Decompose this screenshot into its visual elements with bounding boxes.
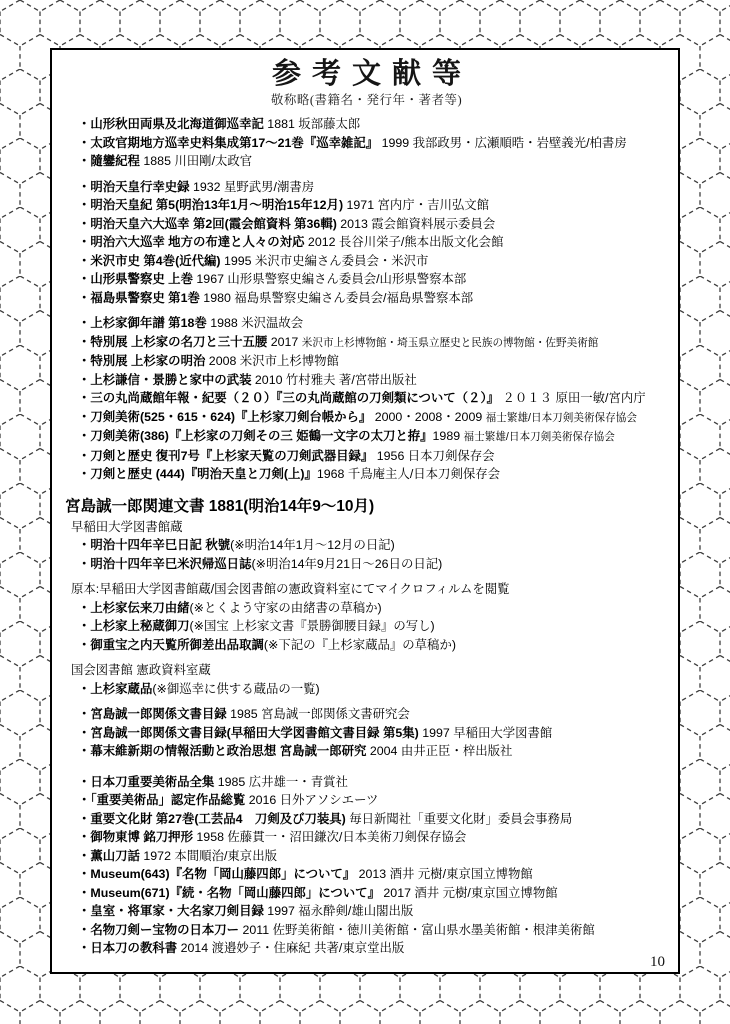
bib-entry: ・刀剣美術(525・615・624)『上杉家刀剣台帳から』 2000・2008・… xyxy=(78,408,668,428)
page-number: 10 xyxy=(650,953,665,971)
entry-detail: 1885 川田剛/太政官 xyxy=(140,154,252,168)
entry-detail: (※とくよう守家の由緒書の草稿か) xyxy=(190,601,382,615)
entry-title: ・三の丸尚蔵館年報・紀要（２０）『三の丸尚蔵館の刀剣類について（２）』 xyxy=(78,391,499,405)
entry-title: ・山形秋田両県及北海道御巡幸記 xyxy=(78,117,264,131)
entry-title: ・上杉謙信・景勝と家中の武装 xyxy=(78,373,251,387)
entry-detail-small: 福士繁雄/日本刀剣美術保存協会 xyxy=(486,412,637,424)
bib-entry: ・御物東博 銘刀押形 1958 佐藤貫一・沼田鎌次/日本美術刀剣保存協会 xyxy=(78,828,668,847)
entry-detail: 1932 星野武男/潮書房 xyxy=(190,180,315,194)
entry-title: ・米沢市史 第4巻(近代編) xyxy=(78,254,221,268)
bib-entry: ・幕末維新期の情報活動と政治思想 宮島誠一郎研究 2004 由井正臣・梓出版社 xyxy=(78,742,668,761)
bib-entry: ・日本刀の教科書 2014 渡邉妙子・住麻紀 共著/東京堂出版 xyxy=(78,939,668,958)
entry-detail: 国会図書館 憲政資料室蔵 xyxy=(71,663,211,677)
entry-detail: 2011 佐野美術館・徳川美術館・富山県水墨美術館・根津美術館 xyxy=(239,923,595,937)
entry-title: ・刀剣と歴史 復刊7号『上杉家天覧の刀剣武器目録』 xyxy=(78,449,373,463)
entry-title: ・山形県警察史 上巻 xyxy=(78,272,193,286)
entry-detail: 1997 早稲田大学図書館 xyxy=(419,726,553,740)
entry-detail: ２０１３ 原田一敏/宮内庁 xyxy=(499,391,646,405)
entry-detail: 原本:早稲田大学図書館蔵/国会図書館の憲政資料室にてマイクロフィルムを閲覧 xyxy=(71,582,510,596)
entry-detail: 1985 広井雄一・青賞社 xyxy=(214,775,348,789)
entry-title: ・上杉家伝来刀由緒 xyxy=(78,601,190,615)
entry-title: ・上杉家蔵品 xyxy=(78,682,152,696)
entry-detail: 2008 米沢市上杉博物館 xyxy=(205,354,339,368)
entry-detail: 1971 宮内庁・吉川弘文館 xyxy=(343,198,489,212)
section-subheader: 原本:早稲田大学図書館蔵/国会図書館の憲政資料室にてマイクロフィルムを閲覧 xyxy=(71,580,668,599)
bib-group: 宮島誠一郎関連文書 1881(明治14年9～10月)早稲田大学図書館蔵・明治十四… xyxy=(65,496,668,574)
bib-entry: ・特別展 上杉家の名刀と三十五腰 2017 米沢市上杉博物館・埼玉県立歴史と民族… xyxy=(78,333,668,353)
entry-detail: 2016 日外アソシエーツ xyxy=(245,793,378,807)
entry-title: ・明治天皇紀 第5(明治13年1月～明治15年12月) xyxy=(78,198,343,212)
doc-subtitle: 敬称略(書籍名・発行年・著者等) xyxy=(65,92,668,108)
bib-entry: ・明治天皇六大巡幸 第2回(霞会館資料 第36輯) 2013 霞会館資料展示委員… xyxy=(78,215,668,234)
bib-group: ・明治天皇行幸史録 1932 星野武男/潮書房・明治天皇紀 第5(明治13年1月… xyxy=(65,178,668,308)
bib-entry: ・上杉家伝来刀由緒(※とくよう守家の由緒書の草稿か) xyxy=(78,599,668,618)
bib-entry: ・重要文化財 第27巻(工芸品4 刀剣及び刀装具) 毎日新聞社「重要文化財」委員… xyxy=(78,810,668,829)
page: { "doc": { "title": "参考文献等", "subtitle":… xyxy=(0,0,730,1024)
entry-title: ・宮島誠一郎関係文書目録 xyxy=(78,707,227,721)
bib-entry: ・明治十四年辛巳米沢帰巡日誌(※明治14年9月21日～26日の日記) xyxy=(78,555,668,574)
bib-entry: ・刀剣と歴史 (444)『明治天皇と刀剣(上)』1968 千鳥庵主人/日本刀剣保… xyxy=(78,465,668,484)
entry-detail: 1989 xyxy=(433,429,464,443)
entry-detail: (※御巡幸に供する蔵品の一覧) xyxy=(152,682,319,696)
entry-title: ・刀剣美術(386)『上杉家の刀剣その三 姫鶴一文字の太刀と拵』 xyxy=(78,429,433,443)
entry-title: ・明治天皇行幸史録 xyxy=(78,180,190,194)
entry-detail: 早稲田大学図書館蔵 xyxy=(71,520,183,534)
entry-detail: 2010 竹村雅夫 著/宮帯出版社 xyxy=(251,373,416,387)
bib-entry: ・明治天皇紀 第5(明治13年1月～明治15年12月) 1971 宮内庁・吉川弘… xyxy=(78,196,668,215)
entry-detail: 1995 米沢市史編さん委員会・米沢市 xyxy=(221,254,429,268)
entry-detail: 1980 福島県警察史編さん委員会/福島県警察本部 xyxy=(200,291,473,305)
entry-detail: 1967 山形県警察史編さん委員会/山形県警察本部 xyxy=(193,272,466,286)
entry-detail: (※下記の『上杉家蔵品』の草稿か) xyxy=(264,638,456,652)
bib-group: ・山形秋田両県及北海道御巡幸記 1881 坂部藤太郎・太政官期地方巡幸史料集成第… xyxy=(65,115,668,171)
bib-entry: ・Museum(643)『名物「岡山藤四郎」について』 2013 酒井 元樹/東… xyxy=(78,865,668,884)
bib-group: ・日本刀重要美術品全集 1985 広井雄一・青賞社・「重要美術品」認定作品総覧 … xyxy=(65,773,668,958)
entry-title: ・「重要美術品」認定作品総覧 xyxy=(78,793,245,807)
bib-group: ・上杉家御年譜 第18巻 1988 米沢温故会・特別展 上杉家の名刀と三十五腰 … xyxy=(65,314,668,484)
entry-title: ・特別展 上杉家の名刀と三十五腰 xyxy=(78,335,267,349)
bib-entry: ・宮島誠一郎関係文書目録(早稲田大学図書館文書目録 第5集) 1997 早稲田大… xyxy=(78,724,668,743)
bib-entry: ・上杉謙信・景勝と家中の武装 2010 竹村雅夫 著/宮帯出版社 xyxy=(78,371,668,390)
entry-detail-small: 米沢市上杉博物館・埼玉県立歴史と民族の博物館・佐野美術館 xyxy=(302,337,599,349)
entry-title: ・明治十四年辛巳米沢帰巡日誌 xyxy=(78,557,251,571)
bib-group: 国会図書館 憲政資料室蔵・上杉家蔵品(※御巡幸に供する蔵品の一覧) xyxy=(65,661,668,698)
bib-entry: ・宮島誠一郎関係文書目録 1985 宮島誠一郎関係文書研究会 xyxy=(78,705,668,724)
entry-detail: 毎日新聞社「重要文化財」委員会事務局 xyxy=(346,812,572,826)
entry-detail: 2004 由井正臣・梓出版社 xyxy=(366,744,512,758)
entry-title: ・太政官期地方巡幸史料集成第17～21巻『巡幸雑記』 xyxy=(78,136,378,150)
entry-detail: 2012 長谷川栄子/熊本出版文化会館 xyxy=(304,235,503,249)
bib-entry: ・明治天皇行幸史録 1932 星野武男/潮書房 xyxy=(78,178,668,197)
entry-title: ・日本刀の教科書 xyxy=(78,941,177,955)
bib-entry: ・薫山刀話 1972 本間順治/東京出版 xyxy=(78,847,668,866)
entry-detail: 2013 酒井 元樹/東京国立博物館 xyxy=(355,867,533,881)
bib-entry: ・三の丸尚蔵館年報・紀要（２０）『三の丸尚蔵館の刀剣類について（２）』 ２０１３… xyxy=(78,389,668,408)
entry-title: ・幕末維新期の情報活動と政治思想 宮島誠一郎研究 xyxy=(78,744,366,758)
entry-title: ・福島県警察史 第1巻 xyxy=(78,291,200,305)
entry-detail: 1958 佐藤貫一・沼田鎌次/日本美術刀剣保存協会 xyxy=(193,830,466,844)
bib-entry: ・「重要美術品」認定作品総覧 2016 日外アソシエーツ xyxy=(78,791,668,810)
entry-detail: 2017 xyxy=(267,335,301,349)
doc-title: 参考文献等 xyxy=(76,56,668,92)
entry-title: ・御物東博 銘刀押形 xyxy=(78,830,193,844)
entry-title: 宮島誠一郎関連文書 1881(明治14年9～10月) xyxy=(65,498,374,515)
entry-detail: 1988 米沢温故会 xyxy=(207,316,303,330)
section-header: 宮島誠一郎関連文書 1881(明治14年9～10月) xyxy=(65,496,668,518)
entry-title: ・皇室・将軍家・大名家刀剣目録 xyxy=(78,904,264,918)
entry-title: ・名物刀剣ー宝物の日本刀ー xyxy=(78,923,239,937)
entry-detail: 1985 宮島誠一郎関係文書研究会 xyxy=(227,707,410,721)
bibliography-list: ・山形秋田両県及北海道御巡幸記 1881 坂部藤太郎・太政官期地方巡幸史料集成第… xyxy=(65,115,668,958)
section-subheader: 早稲田大学図書館蔵 xyxy=(71,518,668,537)
bib-entry: ・上杉家上秘蔵御刀(※国宝 上杉家文書『景勝御腰目録』の写し) xyxy=(78,617,668,636)
entry-detail: 1997 福永酔剣/雄山閣出版 xyxy=(264,904,413,918)
entry-title: ・重要文化財 第27巻(工芸品4 刀剣及び刀装具) xyxy=(78,812,346,826)
entry-title: ・上杉家上秘蔵御刀 xyxy=(78,619,190,633)
bib-entry: ・日本刀重要美術品全集 1985 広井雄一・青賞社 xyxy=(78,773,668,792)
bib-entry: ・福島県警察史 第1巻 1980 福島県警察史編さん委員会/福島県警察本部 xyxy=(78,289,668,308)
entry-detail: 1956 日本刀剣保存会 xyxy=(373,449,494,463)
bib-entry: ・山形秋田両県及北海道御巡幸記 1881 坂部藤太郎 xyxy=(78,115,668,134)
entry-detail: 2017 酒井 元樹/東京国立博物館 xyxy=(380,886,558,900)
entry-title: ・御重宝之内天覧所御差出品取調 xyxy=(78,638,264,652)
entry-title: ・薫山刀話 xyxy=(78,849,140,863)
bib-entry: ・上杉家蔵品(※御巡幸に供する蔵品の一覧) xyxy=(78,680,668,699)
entry-detail: 1881 坂部藤太郎 xyxy=(264,117,360,131)
bib-entry: ・特別展 上杉家の明治 2008 米沢市上杉博物館 xyxy=(78,352,668,371)
bib-entry: ・刀剣と歴史 復刊7号『上杉家天覧の刀剣武器目録』 1956 日本刀剣保存会 xyxy=(78,447,668,466)
bib-entry: ・隨鑾紀程 1885 川田剛/太政官 xyxy=(78,152,668,171)
entry-title: ・特別展 上杉家の明治 xyxy=(78,354,205,368)
bib-entry: ・御重宝之内天覧所御差出品取調(※下記の『上杉家蔵品』の草稿か) xyxy=(78,636,668,655)
bib-entry: ・名物刀剣ー宝物の日本刀ー 2011 佐野美術館・徳川美術館・富山県水墨美術館・… xyxy=(78,921,668,940)
entry-detail: (※明治14年1月～12月の日記) xyxy=(230,538,395,552)
bib-entry: ・Museum(671)『続・名物「岡山藤四郎」について』 2017 酒井 元樹… xyxy=(78,884,668,903)
bib-entry: ・明治十四年辛巳日記 秋號(※明治14年1月～12月の日記) xyxy=(78,536,668,555)
entry-detail: 2000・2008・2009 xyxy=(371,410,485,424)
bib-entry: ・米沢市史 第4巻(近代編) 1995 米沢市史編さん委員会・米沢市 xyxy=(78,252,668,271)
bib-entry: ・太政官期地方巡幸史料集成第17～21巻『巡幸雑記』 1999 我部政男・広瀬順… xyxy=(78,134,668,153)
entry-detail: 1972 本間順治/東京出版 xyxy=(140,849,277,863)
entry-detail: 2013 霞会館資料展示委員会 xyxy=(337,217,495,231)
bib-entry: ・上杉家御年譜 第18巻 1988 米沢温故会 xyxy=(78,314,668,333)
entry-title: ・Museum(671)『続・名物「岡山藤四郎」について』 xyxy=(78,886,380,900)
entry-title: ・宮島誠一郎関係文書目録(早稲田大学図書館文書目録 第5集) xyxy=(78,726,419,740)
bib-entry: ・山形県警察史 上巻 1967 山形県警察史編さん委員会/山形県警察本部 xyxy=(78,270,668,289)
bib-entry: ・明治六大巡幸 地方の布達と人々の対応 2012 長谷川栄子/熊本出版文化会館 xyxy=(78,233,668,252)
bib-entry: ・刀剣美術(386)『上杉家の刀剣その三 姫鶴一文字の太刀と拵』1989 福士繁… xyxy=(78,427,668,447)
entry-title: ・刀剣美術(525・615・624)『上杉家刀剣台帳から』 xyxy=(78,410,371,424)
entry-title: ・明治十四年辛巳日記 秋號 xyxy=(78,538,230,552)
entry-detail: 1968 千鳥庵主人/日本刀剣保存会 xyxy=(317,467,500,481)
bib-group: ・宮島誠一郎関係文書目録 1985 宮島誠一郎関係文書研究会・宮島誠一郎関係文書… xyxy=(65,705,668,761)
document-frame: 参考文献等 敬称略(書籍名・発行年・著者等) ・山形秋田両県及北海道御巡幸記 1… xyxy=(50,48,680,974)
entry-detail: 2014 渡邉妙子・住麻紀 共著/東京堂出版 xyxy=(177,941,404,955)
section-subheader: 国会図書館 憲政資料室蔵 xyxy=(71,661,668,680)
entry-detail-small: 福士繁雄/日本刀剣美術保存協会 xyxy=(464,431,615,443)
bib-group: 原本:早稲田大学図書館蔵/国会図書館の憲政資料室にてマイクロフィルムを閲覧・上杉… xyxy=(65,580,668,654)
entry-title: ・日本刀重要美術品全集 xyxy=(78,775,214,789)
entry-title: ・Museum(643)『名物「岡山藤四郎」について』 xyxy=(78,867,355,881)
entry-title: ・隨鑾紀程 xyxy=(78,154,140,168)
entry-title: ・明治六大巡幸 地方の布達と人々の対応 xyxy=(78,235,304,249)
entry-title: ・刀剣と歴史 (444)『明治天皇と刀剣(上)』 xyxy=(78,467,317,481)
bib-entry: ・皇室・将軍家・大名家刀剣目録 1997 福永酔剣/雄山閣出版 xyxy=(78,902,668,921)
entry-detail: (※国宝 上杉家文書『景勝御腰目録』の写し) xyxy=(190,619,435,633)
entry-title: ・明治天皇六大巡幸 第2回(霞会館資料 第36輯) xyxy=(78,217,337,231)
entry-title: ・上杉家御年譜 第18巻 xyxy=(78,316,207,330)
entry-detail: (※明治14年9月21日～26日の日記) xyxy=(251,557,442,571)
entry-detail: 1999 我部政男・広瀬順晧・岩壁義光/柏書房 xyxy=(378,136,627,150)
